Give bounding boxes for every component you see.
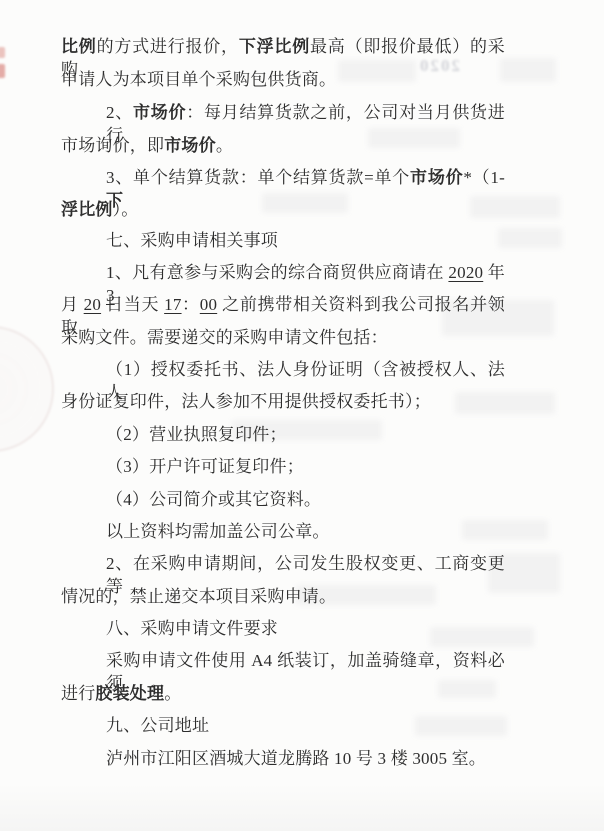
text-segment: 情况的，禁止递交本项目采购申请。 [61, 587, 336, 606]
text-line: （2）营业执照复印件； [106, 423, 505, 446]
text-line: 身份证复印件，法人参加不用提供授权委托书）； [61, 390, 505, 413]
text-segment: 浮比例 [61, 200, 113, 219]
text-segment: 3、单个结算货款：单个结算货款=单个 [106, 168, 410, 187]
text-segment: 。 [164, 684, 181, 703]
text-segment: 市场询价，即 [61, 136, 164, 155]
text-line: 以上资料均需加盖公司公章。 [106, 520, 505, 543]
text-segment: （3）开户许可证复印件； [106, 457, 304, 476]
text-line: 八、采购申请文件要求 [106, 617, 505, 640]
text-segment: 17 [164, 295, 181, 314]
text-line: 七、采购申请相关事项 [106, 229, 505, 252]
text-segment: 进行 [61, 684, 95, 703]
text-segment: 月 [61, 295, 84, 314]
text-segment: 1、凡有意参与采购会的综合商贸供应商请在 [106, 263, 448, 282]
text-segment: 泸州市江阳区酒城大道龙腾路 10 号 3 楼 3005 室。 [106, 749, 486, 768]
text-segment: （4）公司简介或其它资料。 [106, 490, 321, 509]
text-segment: 的方式进行报价， [97, 37, 239, 56]
text-segment: 七、采购申请相关事项 [106, 231, 278, 250]
text-segment: 采购文件。需要递交的采购申请文件包括： [61, 328, 388, 347]
document-body: 比例的方式进行报价，下浮比例最高（即报价最低）的采购申请人为本项目单个采购包供货… [0, 0, 604, 831]
text-line: （4）公司简介或其它资料。 [106, 488, 505, 511]
text-segment: 申请人为本项目单个采购包供货商。 [61, 70, 336, 89]
text-segment: 市场价 [133, 103, 186, 122]
text-line: 浮比例）。 [61, 198, 505, 221]
text-segment: 日当天 [101, 295, 164, 314]
text-segment: 2020 [448, 263, 483, 282]
text-segment: 市场价 [410, 168, 463, 187]
text-segment: 2、 [106, 103, 133, 122]
text-segment: 以上资料均需加盖公司公章。 [106, 522, 330, 541]
text-segment: 。 [216, 136, 233, 155]
text-segment: （2）营业执照复印件； [106, 425, 287, 444]
document-page: 2020 比例的方式进行报价，下浮比例最高（即报价最低）的采购申请人为本项目单个… [0, 0, 604, 831]
text-segment: ： [182, 295, 200, 314]
text-segment: 20 [84, 295, 101, 314]
text-line: 市场询价，即市场价。 [61, 134, 505, 157]
text-segment: 市场价 [164, 136, 216, 155]
text-segment: 00 [200, 295, 217, 314]
text-segment: 身份证复印件，法人参加不用提供授权委托书）； [61, 392, 431, 411]
text-segment: 九、公司地址 [106, 716, 209, 735]
text-line: 泸州市江阳区酒城大道龙腾路 10 号 3 楼 3005 室。 [106, 747, 505, 770]
text-segment: *（1- [463, 168, 505, 187]
text-segment: ）。 [113, 200, 139, 219]
text-line: 进行胶装处理。 [61, 682, 505, 705]
text-segment: 年 [483, 263, 505, 282]
text-segment: 下浮比例 [239, 37, 310, 56]
text-line: 九、公司地址 [106, 714, 505, 737]
text-line: 申请人为本项目单个采购包供货商。 [61, 68, 505, 91]
text-line: 采购文件。需要递交的采购申请文件包括： [61, 326, 505, 349]
text-segment: 比例 [61, 37, 97, 56]
text-line: （3）开户许可证复印件； [106, 455, 505, 478]
text-segment: 胶装处理 [95, 684, 164, 703]
text-segment: 八、采购申请文件要求 [106, 619, 278, 638]
text-line: 情况的，禁止递交本项目采购申请。 [61, 585, 505, 608]
